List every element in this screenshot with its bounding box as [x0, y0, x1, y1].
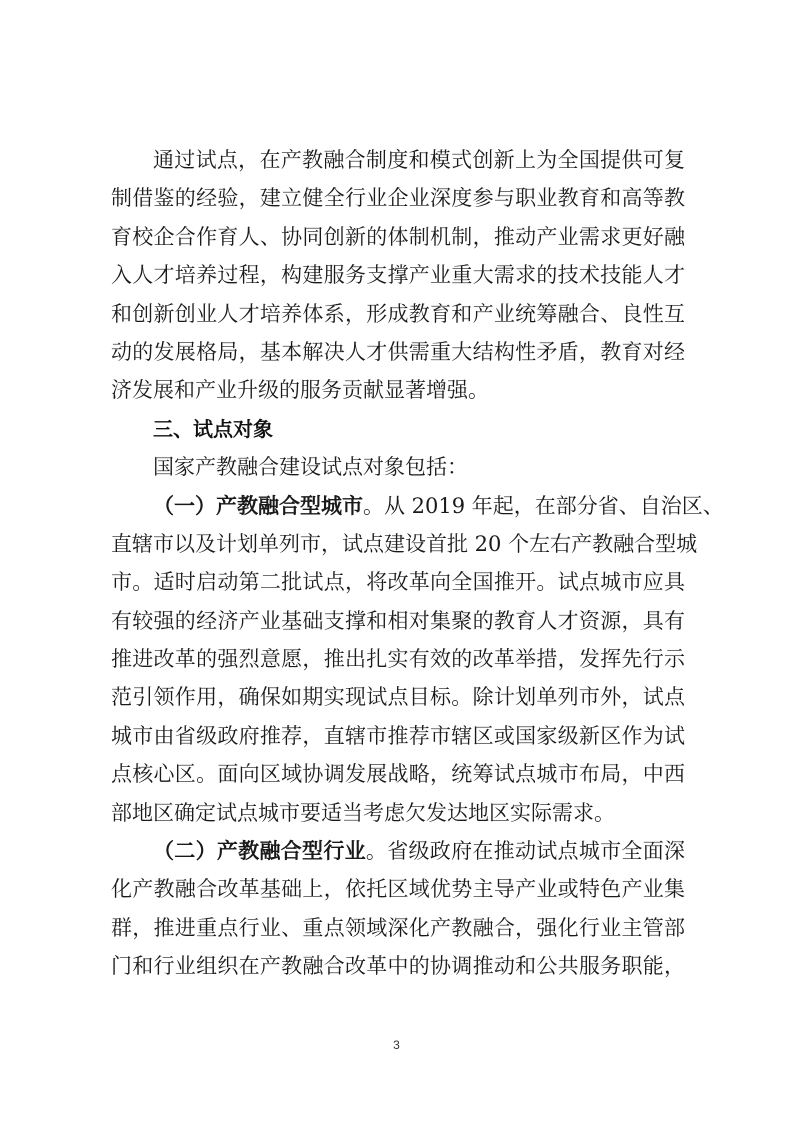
document-page: 通过试点，在产教融合制度和模式创新上为全国提供可复 制借鉴的经验，建立健全行业企…	[0, 0, 793, 1122]
text-line: 入人才培养过程，构建服务支撑产业重大需求的技术技能人才	[111, 256, 685, 294]
page-number: 3	[0, 1038, 793, 1052]
item-pilot-industries: （二）产教融合型行业。省级政府在推动试点城市全面深 化产教融合改革基础上，依托区…	[111, 832, 685, 986]
item-pilot-cities: （一）产教融合型城市。从 2019 年起，在部分省、自治区、 直辖市以及计划单列…	[111, 487, 685, 833]
text-line: （二）产教融合型行业。省级政府在推动试点城市全面深	[111, 832, 685, 870]
text-line: 市。适时启动第二批试点，将改革向全国推开。试点城市应具	[111, 563, 685, 601]
item-title: （一）产教融合型城市	[153, 493, 363, 518]
text-line: 育校企合作育人、协同创新的体制机制，推动产业需求更好融	[111, 218, 685, 256]
text-line: 直辖市以及计划单列市，试点建设首批 20 个左右产教融合型城	[111, 525, 685, 563]
paragraph-goals: 通过试点，在产教融合制度和模式创新上为全国提供可复 制借鉴的经验，建立健全行业企…	[111, 141, 685, 410]
intro-text: 国家产教融合建设试点对象包括：	[111, 448, 685, 486]
text-line: 化产教融合改革基础上，依托区域优势主导产业或特色产业集	[111, 870, 685, 908]
text-line: 动的发展格局，基本解决人才供需重大结构性矛盾，教育对经	[111, 333, 685, 371]
text-line: 门和行业组织在产教融合改革中的协调推动和公共服务职能，	[111, 947, 685, 985]
text-line: 通过试点，在产教融合制度和模式创新上为全国提供可复	[111, 141, 685, 179]
text-line: 范引领作用，确保如期实现试点目标。除计划单列市外，试点	[111, 678, 685, 716]
text-line: 有较强的经济产业基础支撑和相对集聚的教育人才资源，具有	[111, 602, 685, 640]
text-line: 点核心区。面向区域协调发展战略，统筹试点城市布局，中西	[111, 755, 685, 793]
text-line: 制借鉴的经验，建立健全行业企业深度参与职业教育和高等教	[111, 179, 685, 217]
text-line: 群，推进重点行业、重点领域深化产教融合，强化行业主管部	[111, 909, 685, 947]
text-line: 推进改革的强烈意愿，推出扎实有效的改革举措，发挥先行示	[111, 640, 685, 678]
text-line: 部地区确定试点城市要适当考虑欠发达地区实际需求。	[111, 794, 685, 832]
item-title: （二）产教融合型行业	[153, 838, 366, 863]
body-text: 通过试点，在产教融合制度和模式创新上为全国提供可复 制借鉴的经验，建立健全行业企…	[111, 141, 685, 986]
item-text: 。省级政府在推动试点城市全面深	[366, 839, 685, 863]
text-line: 城市由省级政府推荐，直辖市推荐市辖区或国家级新区作为试	[111, 717, 685, 755]
text-line: 济发展和产业升级的服务贡献显著增强。	[111, 371, 685, 409]
text-line: （一）产教融合型城市。从 2019 年起，在部分省、自治区、	[111, 487, 685, 525]
text-line: 和创新创业人才培养体系，形成教育和产业统筹融合、良性互	[111, 295, 685, 333]
item-text: 。从 2019 年起，在部分省、自治区、	[363, 494, 724, 518]
section-heading: 三、试点对象	[111, 410, 685, 448]
